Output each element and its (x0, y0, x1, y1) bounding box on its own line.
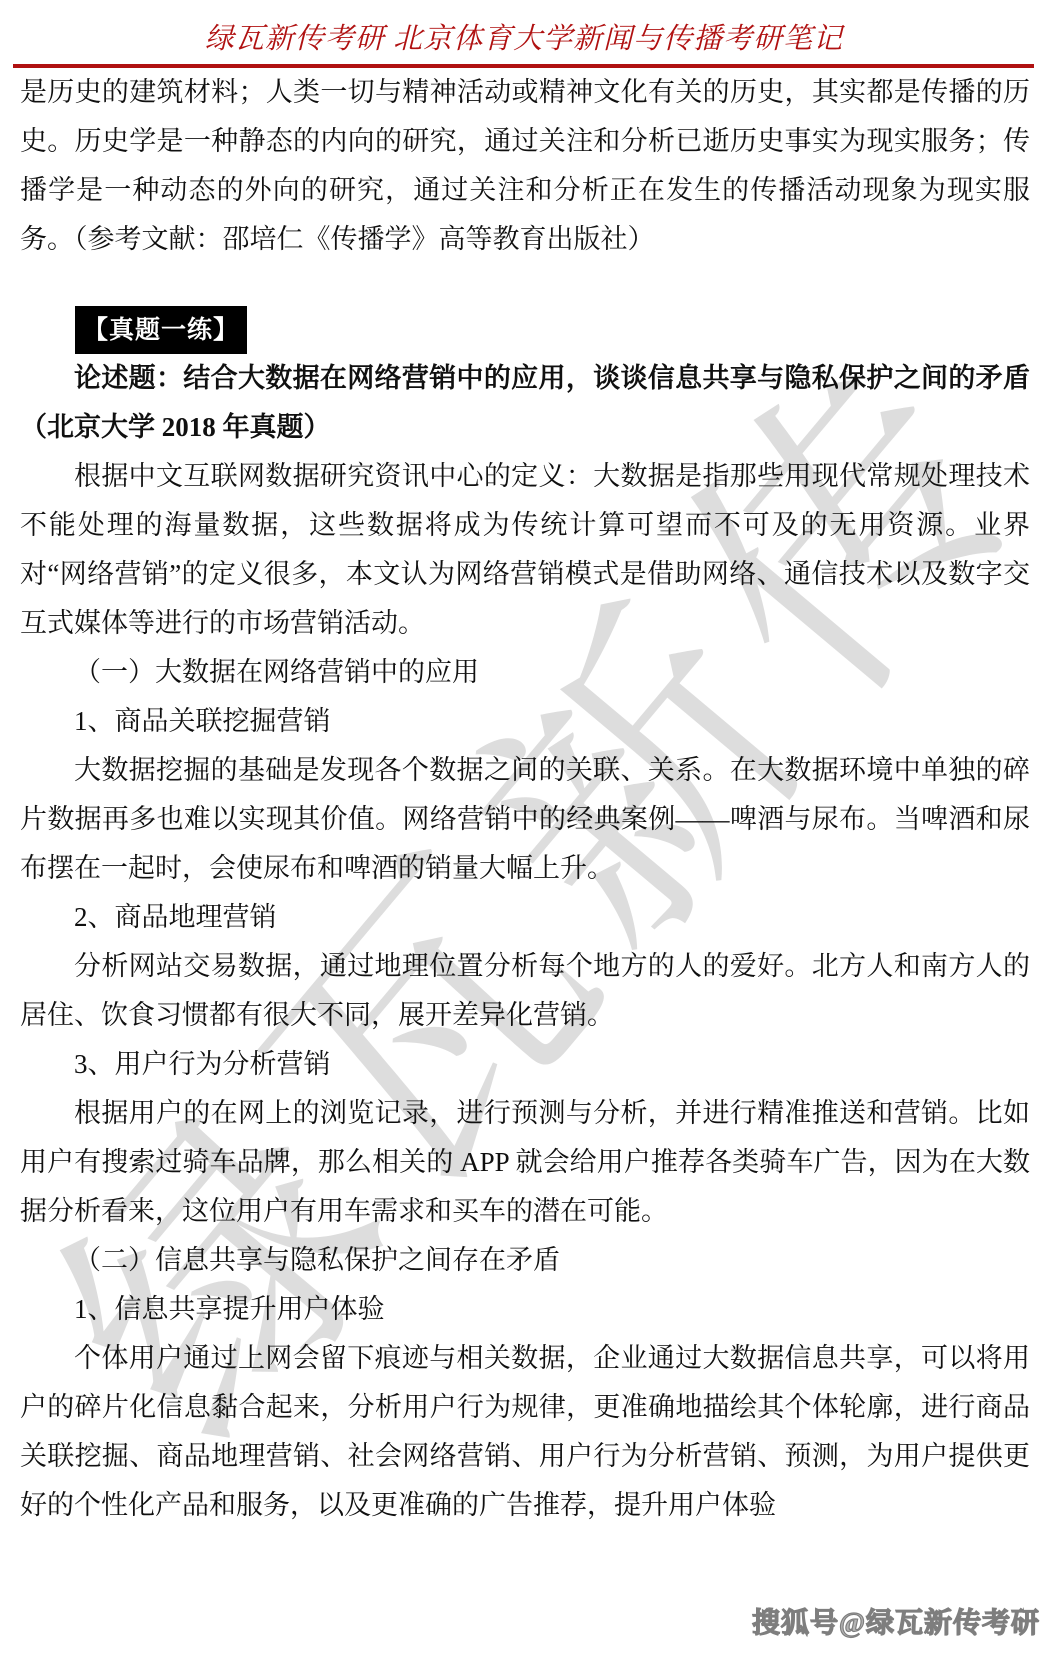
heading-item-2-1: 1、信息共享提升用户体验 (20, 1285, 1030, 1334)
heading-item-3: 3、用户行为分析营销 (20, 1040, 1030, 1089)
paragraph-item-3: 根据用户的在网上的浏览记录，进行预测与分析，并进行精准推送和营销。比如用户有搜索… (20, 1089, 1030, 1236)
heading-item-1: 1、商品关联挖掘营销 (20, 697, 1030, 746)
heading-section-1: （一）大数据在网络营销中的应用 (20, 648, 1030, 697)
document-page: 绿瓦新传 绿瓦新传考研 北京体育大学新闻与传播考研笔记 是历史的建筑材料；人类一… (0, 0, 1048, 1657)
sohu-account-watermark: 搜狐号@绿瓦新传考研 (752, 1601, 1040, 1641)
paragraph-bigdata-definition: 根据中文互联网数据研究资讯中心的定义：大数据是指那些用现代常规处理技术不能处理的… (20, 452, 1030, 648)
header-title: 绿瓦新传考研 北京体育大学新闻与传播考研笔记 (0, 0, 1048, 57)
real-exam-badge: 【真题一练】 (75, 306, 247, 354)
page-header: 绿瓦新传考研 北京体育大学新闻与传播考研笔记 (0, 0, 1048, 68)
paragraph-history-continuation: 是历史的建筑材料；人类一切与精神活动或精神文化有关的历史，其实都是传播的历史。历… (20, 68, 1030, 264)
paragraph-item-2: 分析网站交易数据，通过地理位置分析每个地方的人的爱好。北方人和南方人的居住、饮食… (20, 942, 1030, 1040)
heading-section-2: （二）信息共享与隐私保护之间存在矛盾 (20, 1236, 1030, 1285)
heading-item-2: 2、商品地理营销 (20, 893, 1030, 942)
document-body: 是历史的建筑材料；人类一切与精神活动或精神文化有关的历史，其实都是传播的历史。历… (0, 68, 1048, 1530)
paragraph-item-1: 大数据挖掘的基础是发现各个数据之间的关联、关系。在大数据环境中单独的碎片数据再多… (20, 746, 1030, 893)
badge-row: 【真题一练】 (75, 306, 1030, 354)
question-heading: 论述题：结合大数据在网络营销中的应用，谈谈信息共享与隐私保护之间的矛盾（北京大学… (20, 354, 1030, 452)
paragraph-item-2-1: 个体用户通过上网会留下痕迹与相关数据，企业通过大数据信息共享，可以将用户的碎片化… (20, 1334, 1030, 1530)
